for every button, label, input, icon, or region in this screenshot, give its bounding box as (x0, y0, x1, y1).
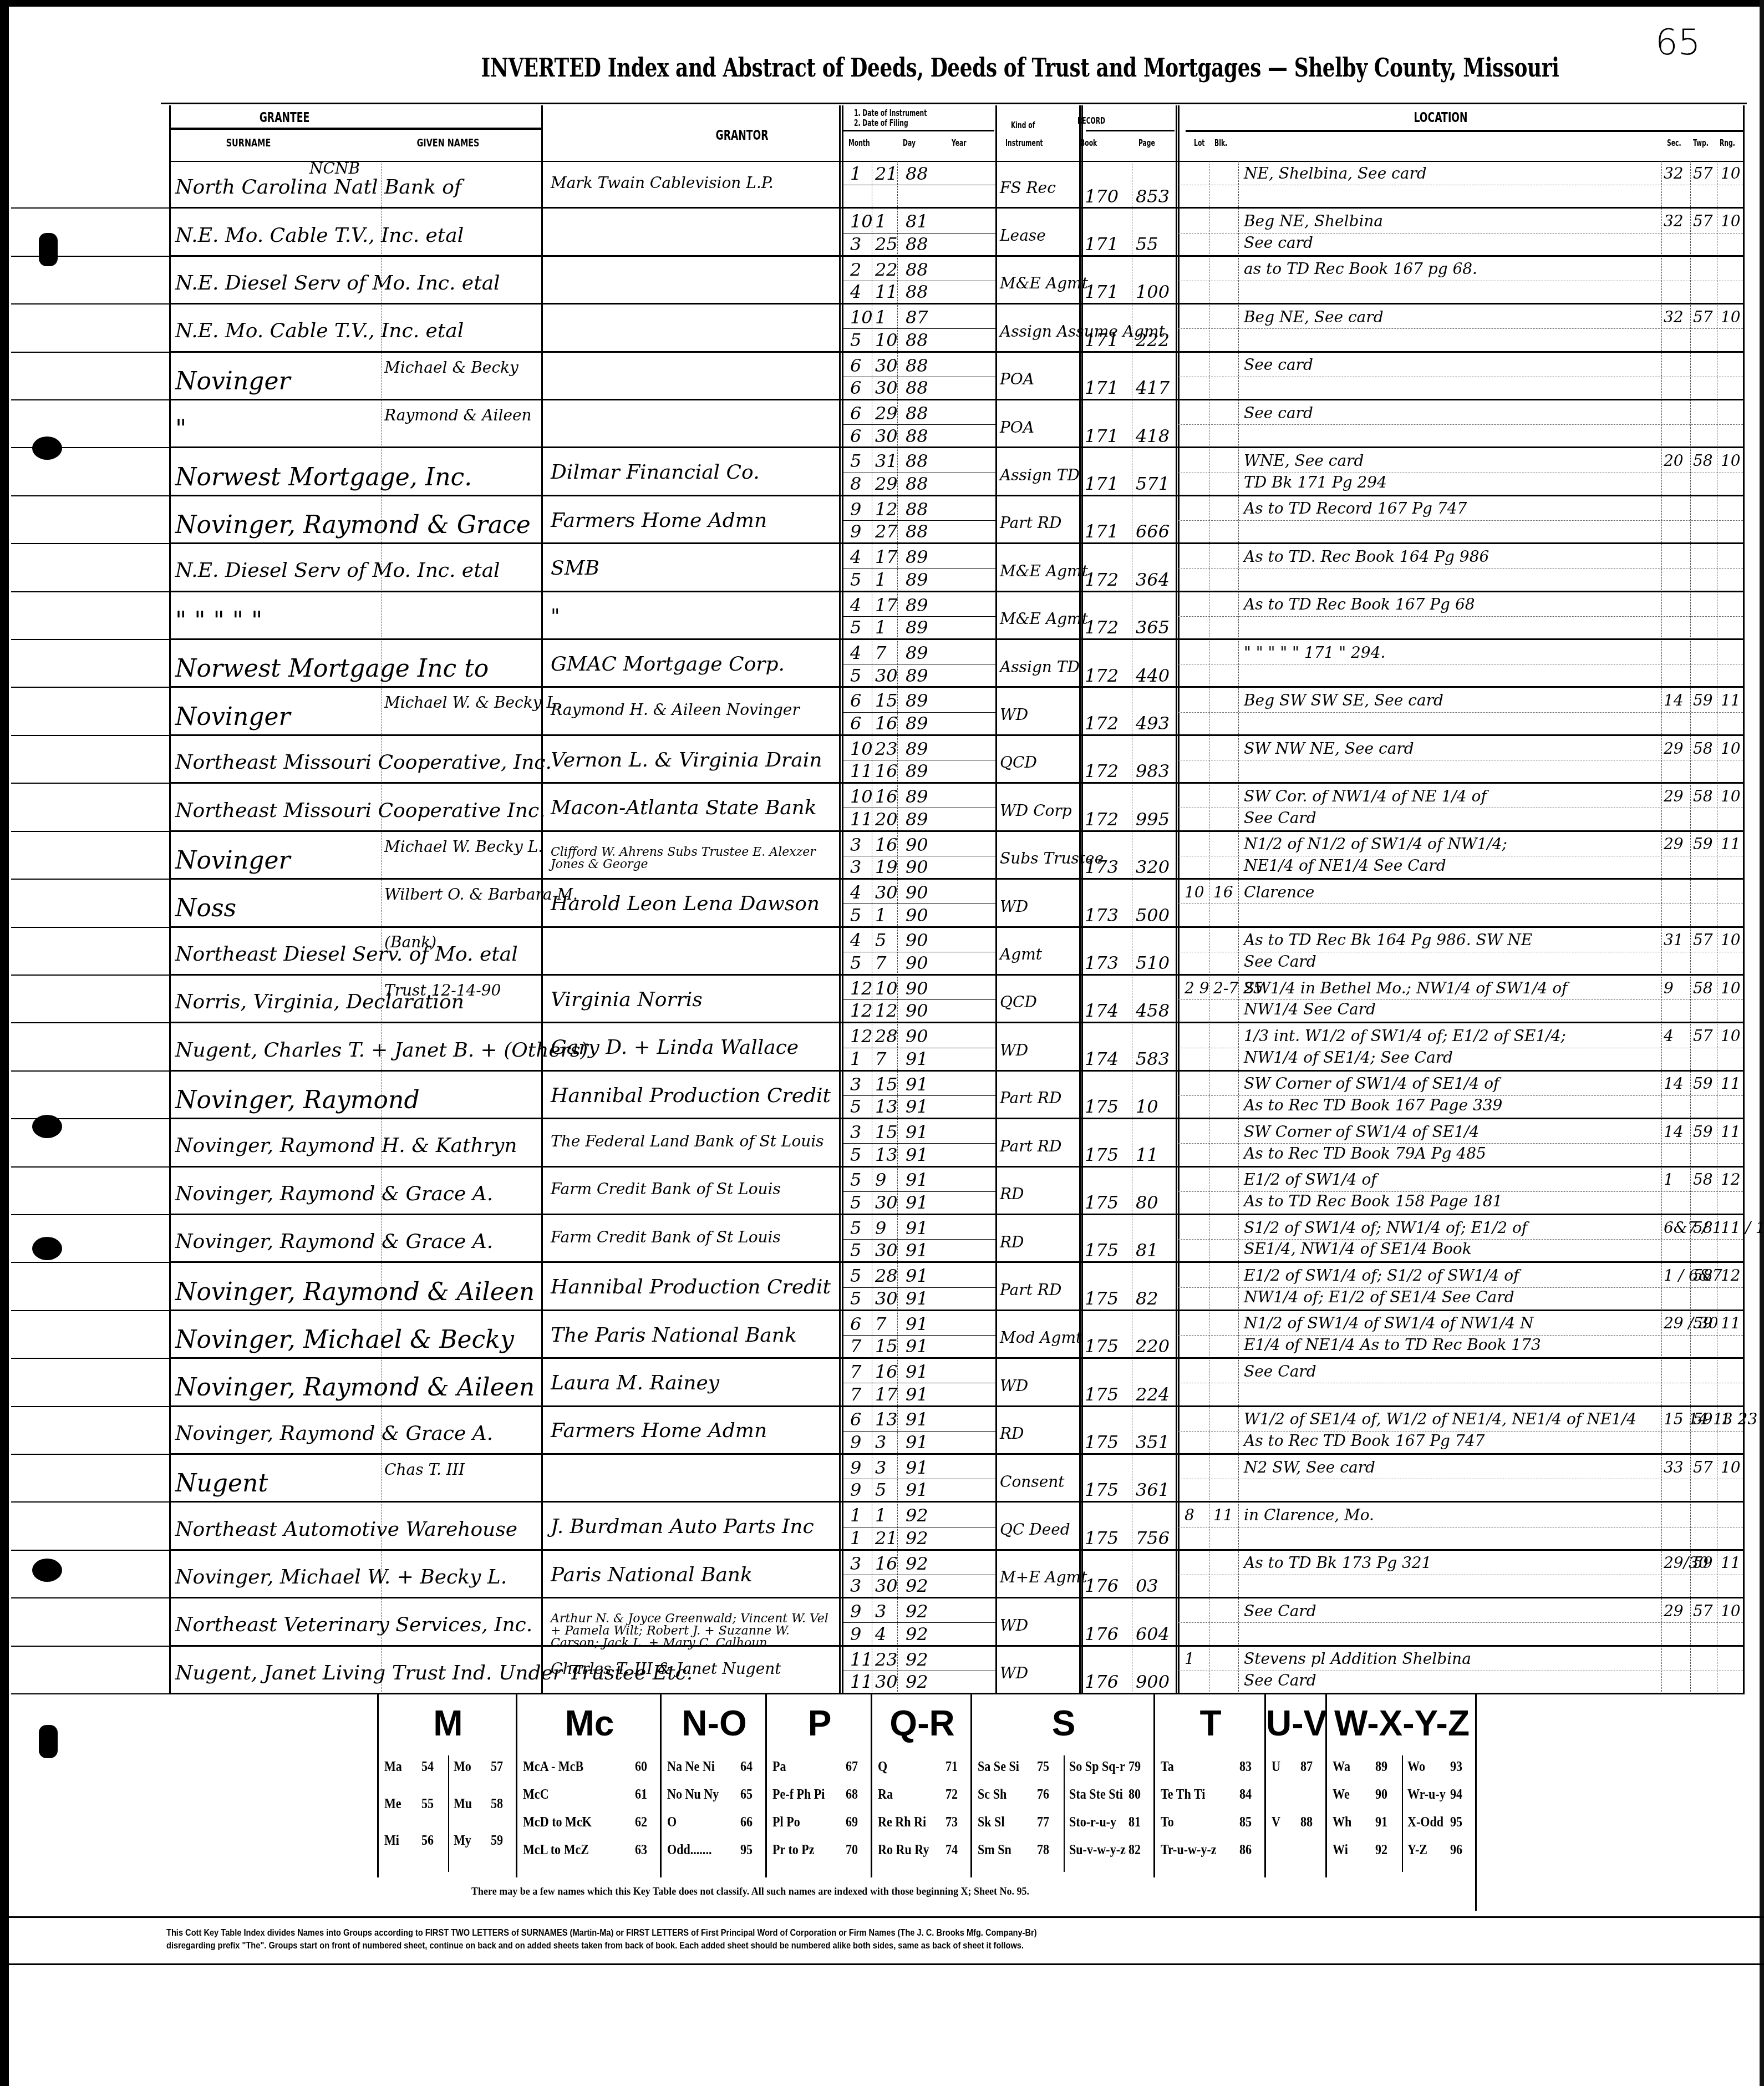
kind-of-instrument: Assign TD (1000, 659, 1080, 675)
location-range: 11 (1721, 836, 1741, 852)
key-cell-sheet-number: 70 (846, 1841, 858, 1858)
key-cell-label: McC (523, 1786, 549, 1803)
key-cell-sheet-number: 66 (740, 1814, 753, 1830)
grantor-name: Laura M. Rainey (551, 1373, 836, 1393)
date-filing-year: 91 (906, 1241, 928, 1259)
key-cell-label: Pe-f Ph Pi (772, 1786, 825, 1803)
key-cell-sheet-number: 81 (1128, 1814, 1141, 1830)
date-filing-day: 1 (875, 571, 886, 588)
ledger-row: Novinger, Michael W. + Becky L.Paris Nat… (171, 1551, 1743, 1598)
key-cell-sheet-number: 54 (421, 1758, 434, 1775)
ledger-row: Novinger, RaymondHannibal Production Cre… (171, 1072, 1743, 1119)
date-instrument-year: 90 (906, 979, 928, 997)
page-number: 65 (1655, 22, 1700, 63)
location-range: 10 (1721, 1460, 1741, 1475)
scan-border-top (0, 0, 1764, 7)
grantee-surname: Northeast Diesel Serv. of Mo. etal (175, 945, 518, 965)
kind-of-instrument: WD (1000, 1378, 1028, 1394)
key-border (1475, 1694, 1477, 1911)
key-cell-label: So Sp Sq-r (1069, 1758, 1125, 1775)
date-filing-day: 29 (875, 475, 898, 493)
key-cell-label: U (1272, 1758, 1280, 1775)
margin-rule (11, 1118, 169, 1119)
date-filing-month: 5 (850, 667, 861, 684)
date-filing-month: 1 (850, 1529, 861, 1547)
date-filing-day: 30 (875, 1577, 898, 1595)
date-instrument-year: 91 (906, 1075, 928, 1093)
key-cell-label: Pr to Pz (772, 1841, 815, 1858)
grantee-surname: " " " " " (175, 609, 262, 633)
location-township: 57 (1693, 1460, 1713, 1475)
kind-of-instrument: M&E Agmt (1000, 611, 1088, 627)
kind-of-instrument: M&E Agmt (1000, 276, 1088, 291)
date-filing-day: 3 (875, 1433, 886, 1451)
date-filing-year: 88 (906, 379, 928, 397)
location-range: 10 (1721, 166, 1741, 181)
date-instrument-day: 3 (875, 1459, 886, 1476)
record-book: 175 (1085, 1529, 1119, 1547)
key-cell-sheet-number: 92 (1375, 1841, 1387, 1858)
record-page: 364 (1136, 571, 1170, 588)
location-township: 59 (1693, 1316, 1713, 1331)
location-section: 29 (1664, 1603, 1684, 1619)
key-cell-label: Wa (1333, 1758, 1350, 1775)
key-cell-label: V (1272, 1814, 1280, 1830)
date-filing-day: 11 (875, 283, 898, 301)
key-cell-label: Wr-u-y (1407, 1786, 1446, 1803)
location-township: 57 (1693, 1028, 1713, 1044)
date-filing-year: 88 (906, 427, 928, 445)
date-instrument-month: 9 (850, 1459, 861, 1476)
key-cell-label: Re Rh Ri (878, 1814, 926, 1830)
key-cell-sheet-number: 74 (945, 1841, 958, 1858)
header-year: Year (952, 139, 967, 148)
grantee-surname: Novinger, Raymond & Grace A. (175, 1424, 493, 1444)
date-instrument-month: 12 (850, 1027, 873, 1045)
grantee-surname: Novinger, Raymond & Aileen (175, 1376, 535, 1400)
date-filing-year: 92 (906, 1673, 928, 1691)
header-sec: Sec. (1667, 139, 1681, 148)
date-filing-month: 11 (850, 1673, 873, 1691)
date-instrument-day: 28 (875, 1027, 898, 1045)
kind-of-instrument: QCD (1000, 994, 1037, 1010)
location-description: NE, Shelbina, See card (1244, 166, 1427, 181)
date-instrument-month: 7 (850, 1363, 861, 1380)
location-range: 11 (1721, 1555, 1741, 1571)
key-cell-label: Sk Sl (978, 1814, 1005, 1830)
binder-hole-icon (32, 1559, 62, 1582)
key-cell-label: Mu (454, 1795, 472, 1812)
date-filing-day: 30 (875, 1673, 898, 1691)
key-cell-label: Na Ne Ni (667, 1758, 715, 1775)
key-cell-sheet-number: 94 (1450, 1786, 1462, 1803)
date-instrument-day: 3 (875, 1602, 886, 1620)
grantee-surname: Novinger, Michael & Becky (175, 1328, 514, 1352)
ledger-row: Novinger, Michael & BeckyThe Paris Natio… (171, 1311, 1743, 1359)
date-instrument-month: 1 (850, 165, 861, 182)
grantee-surname: N.E. Mo. Cable T.V., Inc. etal (175, 226, 464, 246)
date-instrument-year: 91 (906, 1459, 928, 1476)
grantee-given-names: Michael & Becky (384, 360, 518, 375)
header-grantee: GRANTEE (251, 110, 318, 125)
key-cell-sheet-number: 62 (635, 1814, 647, 1830)
location-section: 29 (1664, 789, 1684, 804)
location-row-divider (1178, 424, 1743, 425)
margin-rule (11, 399, 169, 400)
location-description: See card (1244, 357, 1313, 373)
date-instrument-day: 1 (875, 212, 886, 230)
ledger-row: "Raymond & Aileen6629308888POA171418See … (171, 400, 1743, 448)
location-range: 10 (1721, 741, 1741, 757)
key-cell-sheet-number: 58 (491, 1795, 503, 1812)
kind-of-instrument: WD (1000, 1618, 1028, 1633)
margin-rule (11, 1070, 169, 1072)
key-cell-label: Pa (772, 1758, 786, 1775)
date-instrument-month: 5 (850, 1171, 861, 1189)
date-filing-month: 6 (850, 714, 861, 732)
key-cell-sheet-number: 91 (1375, 1814, 1387, 1830)
header-month: Month (848, 139, 870, 148)
record-book: 175 (1085, 1290, 1119, 1307)
date-instrument-day: 13 (875, 1410, 898, 1428)
record-book: 175 (1085, 1337, 1119, 1355)
grantee-given-names: Trust 12-14-90 (384, 983, 501, 998)
header-blk: Blk. (1214, 139, 1227, 148)
date-instrument-day: 7 (875, 644, 886, 662)
date-filing-month: 9 (850, 1481, 861, 1499)
grantee-surname: Novinger (175, 369, 291, 394)
date-instrument-month: 10 (850, 788, 873, 805)
record-book: 171 (1085, 331, 1119, 349)
location-description-2: NW1/4 of SE1/4; See Card (1244, 1050, 1453, 1065)
date-filing-month: 9 (850, 1433, 861, 1451)
grantee-surname: Northeast Missouri Cooperative Inc. (175, 801, 546, 821)
location-description: See Card (1244, 1603, 1316, 1619)
date-instrument-year: 89 (906, 548, 928, 566)
record-page: 571 (1136, 475, 1170, 493)
record-book: 172 (1085, 762, 1119, 780)
location-description: As to TD. Rec Book 164 Pg 986 (1244, 549, 1489, 565)
record-page: 983 (1136, 762, 1170, 780)
location-row-divider (1178, 712, 1743, 713)
footer-line-2: disregarding prefix "The". Groups start … (166, 1940, 1382, 1951)
record-book: 171 (1085, 379, 1119, 397)
location-description: S1/2 of SW1/4 of; NW1/4 of; E1/2 of (1244, 1220, 1527, 1236)
ledger-row: Novinger, Raymond & Grace A.Farm Credit … (171, 1215, 1743, 1263)
date-filing-day: 30 (875, 427, 898, 445)
record-book: 172 (1085, 714, 1119, 732)
date-instrument-day: 28 (875, 1267, 898, 1285)
grantor-name: J. Burdman Auto Parts Inc (551, 1517, 836, 1537)
location-section: 14 (1664, 1076, 1684, 1092)
date-filing-day: 16 (875, 714, 898, 732)
date-instrument-year: 88 (906, 165, 928, 182)
header-kind-line1: Kind of (1011, 121, 1035, 130)
key-cell-sheet-number: 65 (740, 1786, 753, 1803)
key-cell-sheet-number: 57 (491, 1758, 503, 1775)
date-filing-year: 91 (906, 1050, 928, 1068)
key-cell-label: Me (384, 1795, 401, 1812)
date-instrument-year: 91 (906, 1410, 928, 1428)
date-filing-year: 88 (906, 235, 928, 253)
date-instrument-year: 88 (906, 261, 928, 278)
kind-of-instrument: Assign TD (1000, 468, 1080, 483)
ledger-row: Nugent, Janet Living Trust Ind. Under Tr… (171, 1647, 1743, 1694)
record-book: 175 (1085, 1481, 1119, 1499)
grantee-surname: N.E. Diesel Serv of Mo. Inc. etal (175, 561, 500, 581)
grantee-surname: Northeast Veterinary Services, Inc. (175, 1615, 532, 1635)
key-cell-sheet-number: 95 (740, 1841, 753, 1858)
grantor-name: " (551, 607, 836, 627)
key-cell-label: Wi (1333, 1841, 1348, 1858)
grantee-given-names: Wilbert O. & Barbara M. (384, 887, 578, 902)
ledger-row: Northeast Missouri Cooperative, Inc.Vern… (171, 736, 1743, 784)
record-book: 175 (1085, 1433, 1119, 1451)
date-instrument-month: 10 (850, 740, 873, 758)
location-row-divider (1178, 328, 1743, 329)
grantee-surname: Novinger, Raymond (175, 1088, 420, 1113)
kind-of-instrument: WD (1000, 1666, 1028, 1681)
location-description: E1/2 of SW1/4 of (1244, 1172, 1377, 1187)
margin-rule (11, 1310, 169, 1311)
date-instrument-year: 92 (906, 1555, 928, 1572)
location-blk: 11 (1213, 1508, 1233, 1523)
key-cell-label: Wo (1407, 1758, 1425, 1775)
date-filing-day: 21 (875, 1529, 898, 1547)
location-description: SW Corner of SW1/4 of SE1/4 (1244, 1124, 1479, 1140)
kind-of-instrument: RD (1000, 1186, 1024, 1202)
kind-of-instrument: Agmt (1000, 947, 1042, 962)
location-range: 11 (1721, 1124, 1741, 1140)
date-filing-year: 91 (906, 1337, 928, 1355)
date-filing-year: 89 (906, 762, 928, 780)
grantee-surname: Norwest Mortgage, Inc. (175, 465, 472, 490)
date-filing-year: 90 (906, 906, 928, 924)
record-book: 176 (1085, 1625, 1119, 1643)
date-instrument-year: 91 (906, 1315, 928, 1333)
kind-of-instrument: M+E Agmt (1000, 1570, 1087, 1585)
location-description-2: NW1/4 of; E1/2 of SE1/4 See Card (1244, 1290, 1514, 1305)
date-instrument-month: 4 (850, 931, 861, 949)
key-table-note: There may be a few names which this Key … (471, 1886, 1029, 1897)
location-range: 1 (1721, 1412, 1731, 1427)
date-instrument-month: 3 (850, 836, 861, 854)
key-cell-label: Sc Sh (978, 1786, 1006, 1803)
date-instrument-month: 4 (850, 644, 861, 662)
date-filing-day: 7 (875, 1050, 886, 1068)
margin-rule (11, 927, 169, 928)
location-row-divider (1178, 1575, 1743, 1576)
date-filing-day: 15 (875, 1337, 898, 1355)
grantee-surname: Novinger, Raymond H. & Kathryn (175, 1136, 517, 1156)
record-book: 174 (1085, 1002, 1119, 1019)
location-description-2: NW1/4 See Card (1244, 1002, 1376, 1017)
location-description: SW Corner of SW1/4 of SE1/4 of (1244, 1076, 1499, 1092)
date-instrument-day: 21 (875, 165, 898, 182)
margin-rule (11, 1646, 169, 1647)
kind-of-instrument: POA (1000, 372, 1034, 387)
grantor-name: Farm Credit Bank of St Louis (551, 1181, 836, 1197)
key-cell-label: Su-v-w-y-z (1069, 1841, 1126, 1858)
record-page: 853 (1136, 187, 1170, 205)
key-cell-sheet-number: 61 (635, 1786, 647, 1803)
location-description: As to TD Rec Book 167 Pg 68 (1244, 597, 1475, 612)
margin-rule (11, 1214, 169, 1215)
location-township: 57 (1693, 932, 1713, 948)
kind-of-instrument: FS Rec (1000, 180, 1056, 196)
location-township: 58 (1693, 1172, 1713, 1187)
record-page: 03 (1136, 1577, 1158, 1595)
date-filing-year: 89 (906, 618, 928, 636)
location-row-divider (1178, 281, 1743, 282)
location-description: 1/3 int. W1/2 of SW1/4 of; E1/2 of SE1/4… (1244, 1028, 1566, 1044)
header-lot: Lot (1194, 139, 1204, 148)
date-filing-day: 30 (875, 667, 898, 684)
margin-rule (11, 639, 169, 640)
grantee-surname: Novinger, Michael W. + Becky L. (175, 1567, 507, 1587)
location-description-2: As to Rec TD Book 167 Pg 747 (1244, 1433, 1485, 1449)
record-page: 510 (1136, 954, 1170, 972)
key-group: MMa54Me55Mi56Mo57Mu58My59 (377, 1694, 517, 1877)
date-instrument-month: 2 (850, 261, 861, 278)
ledger-row: Novinger, Raymond H. & KathrynThe Federa… (171, 1119, 1743, 1167)
location-township: 57 (1693, 309, 1713, 325)
record-page: 418 (1136, 427, 1170, 445)
location-blk: 16 (1213, 885, 1233, 900)
record-page: 666 (1136, 522, 1170, 540)
date-instrument-year: 89 (906, 596, 928, 614)
location-description: SW1/4 in Bethel Mo.; NW1/4 of SW1/4 of (1244, 981, 1567, 996)
key-group-heading: Q-R (872, 1703, 972, 1744)
date-instrument-year: 90 (906, 836, 928, 854)
date-filing-month: 8 (850, 475, 861, 493)
kind-of-instrument: QCD (1000, 755, 1037, 770)
date-instrument-day: 30 (875, 884, 898, 901)
record-page: 756 (1136, 1529, 1170, 1547)
date-instrument-day: 17 (875, 548, 898, 566)
date-instrument-day: 7 (875, 1315, 886, 1333)
grantor-name: Gary D. + Linda Wallace (551, 1038, 836, 1058)
location-description: in Clarence, Mo. (1244, 1508, 1374, 1523)
ledger-row: N.E. Diesel Serv of Mo. Inc. etal2422118… (171, 257, 1743, 304)
key-cell-label: My (454, 1832, 471, 1849)
location-section: 29 (1664, 741, 1684, 757)
location-lot: 1 (1185, 1651, 1194, 1667)
margin-rule (11, 256, 169, 257)
location-row-divider (1178, 568, 1743, 569)
location-row-divider (1178, 185, 1743, 186)
record-page: 351 (1136, 1433, 1170, 1451)
key-group: PPa67Pe-f Ph Pi68Pl Po69Pr to Pz70 (765, 1694, 872, 1877)
date-filing-year: 88 (906, 522, 928, 540)
record-page: 55 (1136, 235, 1158, 253)
kind-of-instrument: WD Corp (1000, 803, 1072, 819)
grantor-name: The Paris National Bank (551, 1326, 836, 1346)
key-group-heading: W-X-Y-Z (1327, 1703, 1477, 1744)
location-range: 12 (1721, 1268, 1741, 1283)
date-instrument-month: 9 (850, 500, 861, 518)
key-cell-sheet-number: 96 (1450, 1841, 1462, 1858)
key-group-heading: N-O (662, 1703, 767, 1744)
record-page: 81 (1136, 1241, 1158, 1259)
margin-rule (11, 1597, 169, 1598)
date-instrument-month: 3 (850, 1123, 861, 1141)
grantee-note: NCNB (309, 161, 360, 176)
key-group-heading: P (767, 1703, 872, 1744)
location-lot: 10 (1185, 885, 1204, 900)
key-cell-sheet-number: 60 (635, 1758, 647, 1775)
date-instrument-day: 9 (875, 1171, 886, 1189)
date-instrument-year: 89 (906, 740, 928, 758)
date-instrument-month: 6 (850, 692, 861, 709)
key-cell-label: We (1333, 1786, 1350, 1803)
location-township: 59 (1693, 1124, 1713, 1140)
grantor-name: Virginia Norris (551, 990, 836, 1010)
key-group: McMcA - McB60McC61McD to McK62McL to McZ… (516, 1694, 662, 1877)
date-instrument-day: 22 (875, 261, 898, 278)
margin-rule (11, 1501, 169, 1503)
record-book: 173 (1085, 954, 1119, 972)
date-filing-year: 88 (906, 283, 928, 301)
record-page: 224 (1136, 1385, 1170, 1403)
key-cell-sheet-number: 67 (846, 1758, 858, 1775)
date-filing-day: 7 (875, 954, 886, 972)
date-instrument-year: 89 (906, 644, 928, 662)
date-instrument-year: 88 (906, 357, 928, 374)
ledger-row: Novinger, Raymond & Grace A.Farmers Home… (171, 1407, 1743, 1455)
location-description: SW Cor. of NW1/4 of NE 1/4 of (1244, 789, 1487, 804)
header-date-line1: 1. Date of Instrument (854, 109, 927, 118)
date-filing-month: 5 (850, 1098, 861, 1115)
record-book: 172 (1085, 810, 1119, 828)
header-kind-line2: Instrument (1005, 139, 1043, 148)
date-filing-year: 92 (906, 1625, 928, 1643)
date-filing-day: 17 (875, 1385, 898, 1403)
grantor-name: Farmers Home Admn (551, 1421, 836, 1441)
location-township: 58 (1693, 453, 1713, 469)
location-township: 59 (1693, 1555, 1713, 1571)
key-cell-sheet-number: 71 (945, 1758, 958, 1775)
date-instrument-year: 90 (906, 931, 928, 949)
date-filing-year: 88 (906, 475, 928, 493)
date-instrument-day: 1 (875, 1506, 886, 1524)
date-filing-day: 13 (875, 1098, 898, 1115)
margin-rule (11, 879, 169, 880)
key-cell-label: O (667, 1814, 677, 1830)
key-cell-sheet-number: 90 (1375, 1786, 1387, 1803)
date-filing-month: 5 (850, 954, 861, 972)
date-filing-month: 9 (850, 522, 861, 540)
key-cell-sheet-number: 78 (1037, 1841, 1049, 1858)
location-description-2: NE1/4 of NE1/4 See Card (1244, 858, 1446, 874)
date-instrument-day: 23 (875, 1651, 898, 1668)
date-filing-month: 6 (850, 379, 861, 397)
key-cell-sheet-number: 55 (421, 1795, 434, 1812)
header-divider (842, 130, 994, 131)
ledger-row: N.E. Mo. Cable T.V., Inc. etal1031258188… (171, 209, 1743, 256)
date-instrument-month: 5 (850, 1219, 861, 1237)
location-description-2: SE1/4, NW1/4 of SE1/4 Book (1244, 1241, 1472, 1257)
record-book: 175 (1085, 1385, 1119, 1403)
header-grantor: GRANTOR (698, 128, 786, 143)
kind-of-instrument: Part RD (1000, 515, 1061, 531)
key-cell-sheet-number: 88 (1300, 1814, 1313, 1830)
key-group: W-X-Y-ZWa89We90Wh91Wi92Wo93Wr-u-y94X-Odd… (1325, 1694, 1477, 1877)
date-filing-month: 4 (850, 283, 861, 301)
location-township: 58 (1693, 1268, 1713, 1283)
key-cell-sheet-number: 79 (1128, 1758, 1141, 1775)
date-instrument-day: 16 (875, 1363, 898, 1380)
